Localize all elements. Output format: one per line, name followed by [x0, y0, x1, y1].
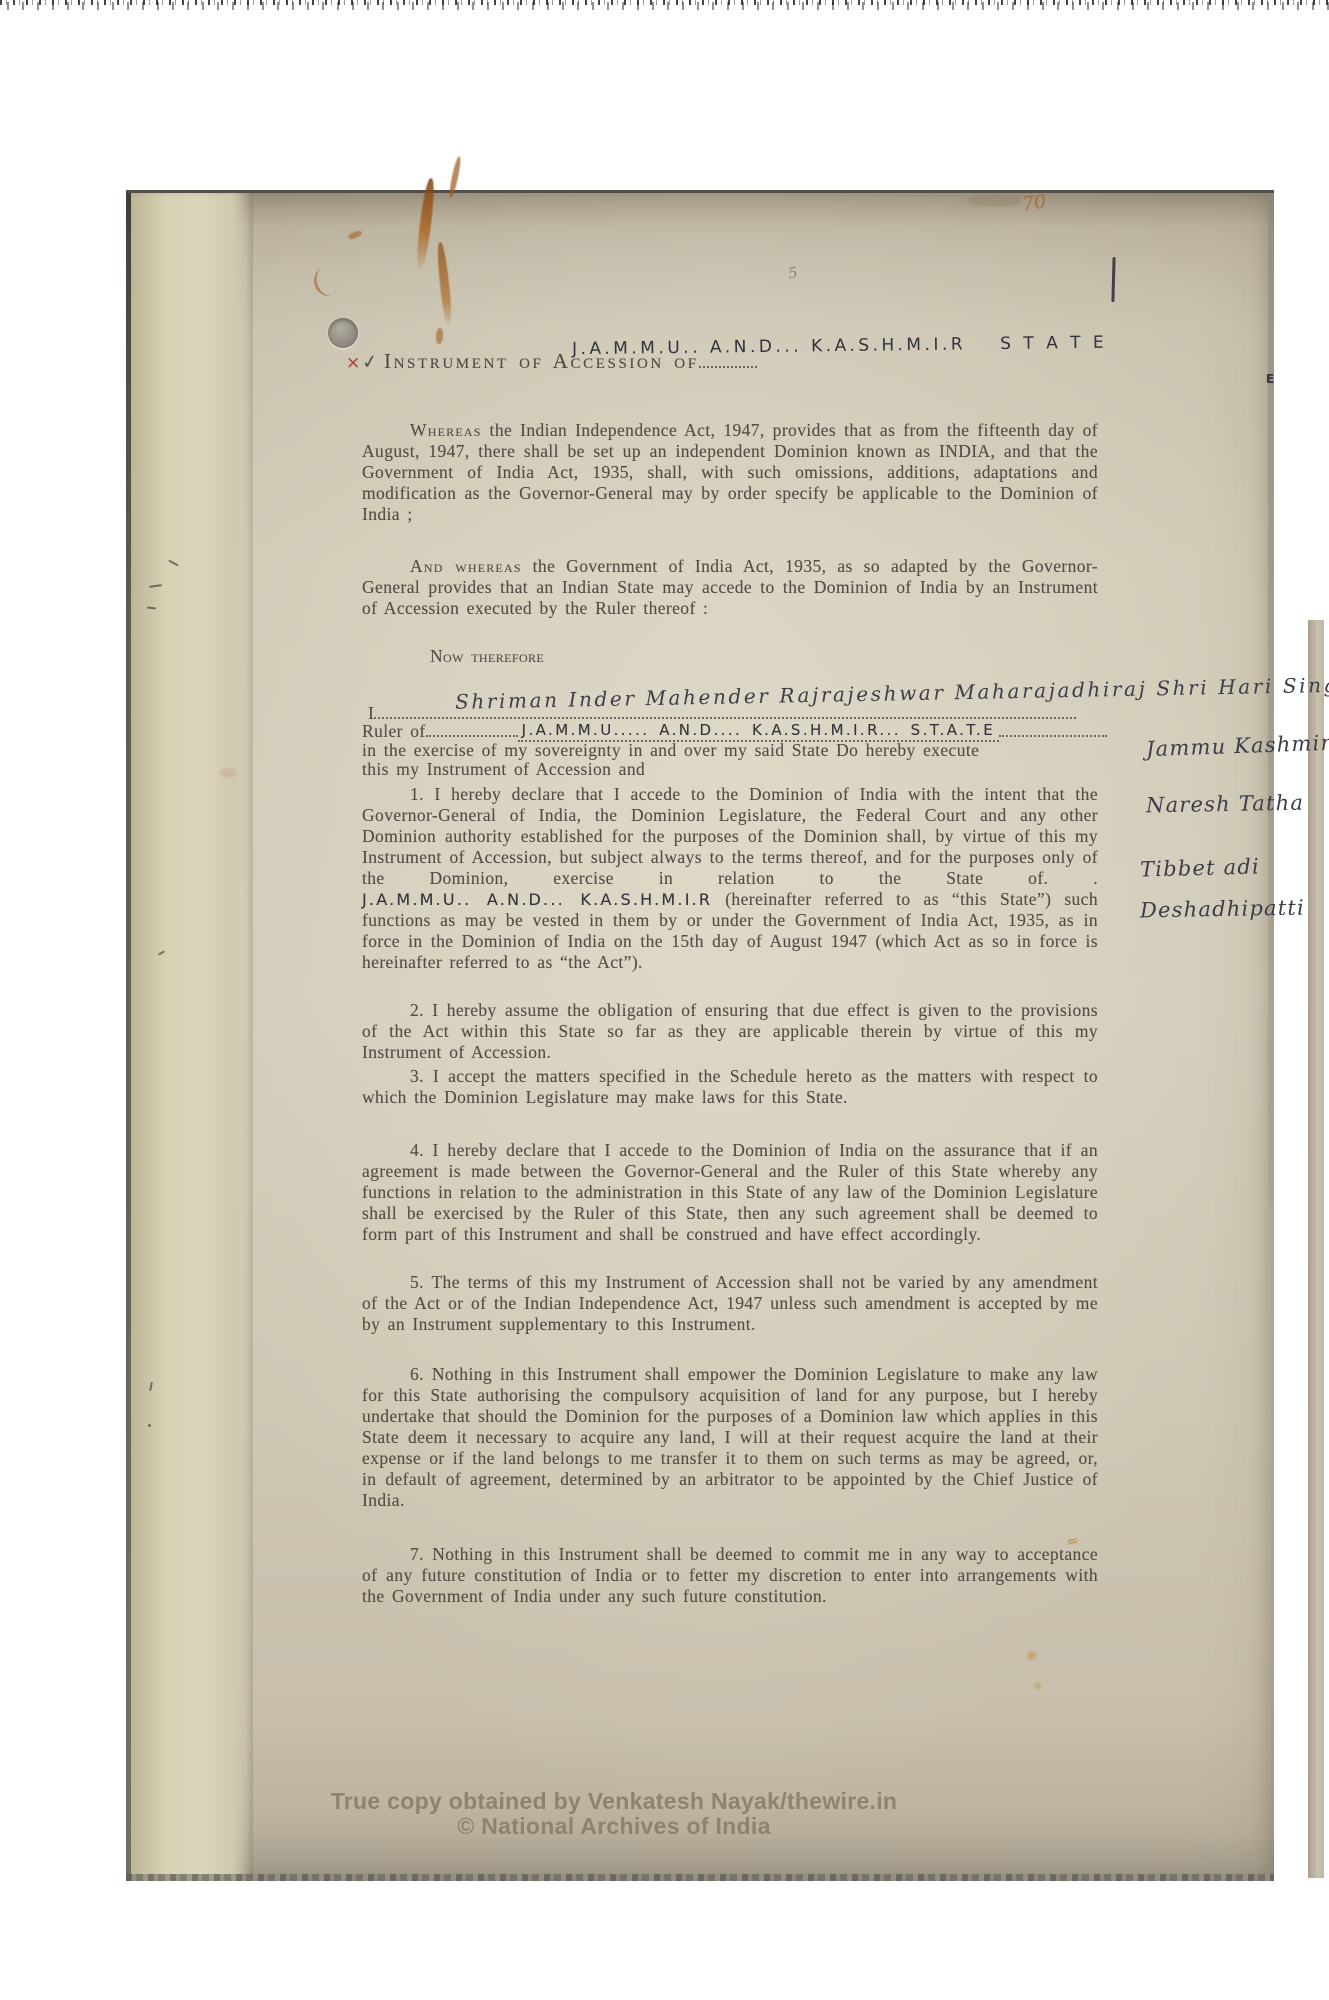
clause-1: 1. I hereby declare that I accede to the… [362, 784, 1098, 973]
margin-note: Naresh Tatha [1146, 791, 1305, 818]
clause-3: 3. I accept the matters specified in the… [362, 1066, 1098, 1108]
margin-note: Jammu Kashmir [1146, 731, 1329, 761]
now-therefore: Now therefore [430, 646, 544, 667]
declaration-line: in the exercise of my sovereignty in and… [362, 740, 979, 761]
handwritten-ruler-state: J.A.M.M.U..... A.N.D.... K.A.S.H.M.I.R..… [518, 721, 999, 742]
folio-number: 70 [1021, 190, 1048, 215]
handwritten-state-name: J.A.M.M.U.. A.N.D... K.A.S.H.M.I.RS T A … [572, 333, 1107, 360]
pencil-note: 5 [787, 263, 800, 282]
edge-letter-mark: E [1266, 372, 1274, 386]
margin-note: Deshadhipatti [1140, 896, 1305, 923]
dotted-leader [374, 704, 1076, 719]
ruler-of-label: Ruler of [362, 721, 426, 741]
recital-lead: Whereas [410, 420, 482, 440]
ruler-of-line: Ruler ofJ.A.M.M.U..... A.N.D.... K.A.S.H… [362, 721, 1107, 742]
recital-paragraph: And whereas the Government of India Act,… [362, 556, 1098, 619]
clause-1-pre: 1. I hereby declare that I accede to the… [362, 784, 1098, 888]
dotted-leader [426, 722, 518, 737]
clause-6: 6. Nothing in this Instrument shall empo… [362, 1364, 1098, 1511]
recital-lead: And whereas [410, 556, 522, 576]
screenshot-root: { "page": { "kind": "scanned archival do… [0, 0, 1329, 2000]
handwritten-state-part2: S T A T E [1000, 333, 1107, 354]
document-text-layer: 70 5 E ×✓Instrument of Accession of J.A.… [0, 0, 1329, 2000]
dotted-leader [999, 722, 1107, 737]
clause-2: 2. I hereby assume the obligation of ens… [362, 1000, 1098, 1063]
handwritten-state-inline: J.A.M.M.U.. A.N.D... K.A.S.H.M.I.R [362, 890, 712, 909]
handwritten-state-part1: J.A.M.M.U.. A.N.D... K.A.S.H.M.I.R [572, 334, 966, 359]
margin-note: Tibbet adi [1140, 854, 1260, 881]
recital-paragraph: Whereas the Indian Independence Act, 194… [362, 420, 1098, 525]
clause-7: 7. Nothing in this Instrument shall be d… [362, 1544, 1098, 1607]
check-mark-icon: ✓ [360, 350, 379, 375]
clause-5: 5. The terms of this my Instrument of Ac… [362, 1272, 1098, 1335]
declaration-line: this my Instrument of Accession and [362, 759, 645, 780]
watermark: True copy obtained by Venkatesh Nayak/th… [104, 1789, 1124, 1839]
watermark-line1: True copy obtained by Venkatesh Nayak/th… [104, 1789, 1124, 1814]
red-cross-icon: × [346, 353, 361, 373]
clause-4: 4. I hereby declare that I accede to the… [362, 1140, 1098, 1245]
watermark-line2: © National Archives of India [104, 1814, 1124, 1839]
